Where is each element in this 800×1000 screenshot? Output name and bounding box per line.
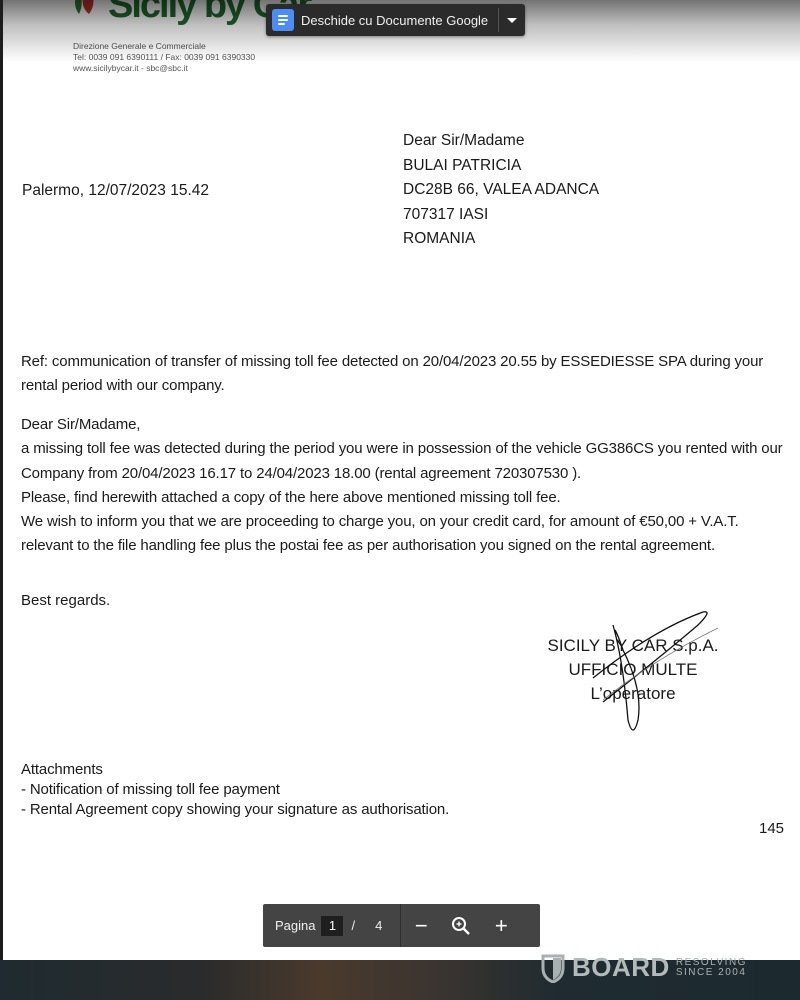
recipient-line: ROMANIA xyxy=(403,227,599,252)
signature-office: UFFICIO MULTE xyxy=(523,658,743,682)
letterhead-line: Direzione Generale e Commerciale xyxy=(73,41,255,52)
reference-line: Ref: communication of transfer of missin… xyxy=(21,350,791,398)
shield-icon xyxy=(540,953,566,983)
page-number-input[interactable] xyxy=(321,916,343,936)
brand-logo-icon xyxy=(73,0,107,16)
watermark-logo: BOARD RESOLVING SINCE 2004 xyxy=(540,952,747,983)
letterhead-line: www.sicilybycar.it - sbc@sbc.it xyxy=(73,63,255,74)
recipient-line: BULAI PATRICIA xyxy=(403,154,599,179)
tagline-line: SINCE 2004 xyxy=(676,968,747,978)
watermark-tagline: RESOLVING SINCE 2004 xyxy=(676,958,747,978)
attachment-item: - Rental Agreement copy showing your sig… xyxy=(21,800,449,820)
body-paragraph: We wish to inform you that we are procee… xyxy=(21,510,791,559)
letterhead-line: Tel: 0039 091 6390111 / Fax: 0039 091 63… xyxy=(73,52,255,63)
recipient-line: DC28B 66, VALEA ADANCA xyxy=(403,178,599,203)
zoom-in-button[interactable]: + xyxy=(481,904,521,947)
google-docs-icon xyxy=(272,9,294,31)
closing: Best regards. xyxy=(21,592,110,609)
place-date: Palermo, 12/07/2023 15.42 xyxy=(22,182,209,200)
watermark-brand: BOARD xyxy=(572,952,670,983)
divider xyxy=(498,8,499,32)
document-page: Sicily by Car Direzione Generale e Comme… xyxy=(3,0,800,960)
tagline-line: RESOLVING xyxy=(676,958,747,968)
body-paragraph: Please, find herewith attached a copy of… xyxy=(21,486,791,510)
pdf-page-toolbar: Pagina / 4 − + xyxy=(263,904,540,947)
total-pages: 4 xyxy=(375,918,382,933)
page-label: Pagina xyxy=(275,918,315,933)
attachment-item: - Notification of missing toll fee payme… xyxy=(21,780,449,800)
chevron-down-icon[interactable] xyxy=(507,18,517,23)
attachments: Attachments - Notification of missing to… xyxy=(21,760,449,820)
attachments-title: Attachments xyxy=(21,760,449,780)
zoom-out-button[interactable]: − xyxy=(401,904,441,947)
page-number: 145 xyxy=(759,820,784,837)
recipient-line: 707317 IASI xyxy=(403,203,599,228)
signature-role: L’operatore xyxy=(523,682,743,706)
recipient-line: Dear Sir/Madame xyxy=(403,129,599,154)
magnifier-icon xyxy=(451,916,471,936)
page-separator: / xyxy=(351,918,355,933)
open-with-label: Deschide cu Documente Google xyxy=(301,13,488,28)
recipient-address: Dear Sir/Madame BULAI PATRICIA DC28B 66,… xyxy=(403,129,599,252)
letter-body: Dear Sir/Madame, a missing toll fee was … xyxy=(21,413,791,559)
signature-company: SICILY BY CAR S.p.A. xyxy=(523,634,743,658)
open-with-google-docs-button[interactable]: Deschide cu Documente Google xyxy=(266,4,525,36)
body-paragraph: a missing toll fee was detected during t… xyxy=(21,437,791,486)
viewer-edge xyxy=(0,0,3,960)
signature-block: SICILY BY CAR S.p.A. UFFICIO MULTE L’ope… xyxy=(523,634,743,706)
salutation: Dear Sir/Madame, xyxy=(21,413,791,437)
zoom-fit-button[interactable] xyxy=(441,904,481,947)
letterhead-info: Direzione Generale e Commerciale Tel: 00… xyxy=(73,41,255,74)
